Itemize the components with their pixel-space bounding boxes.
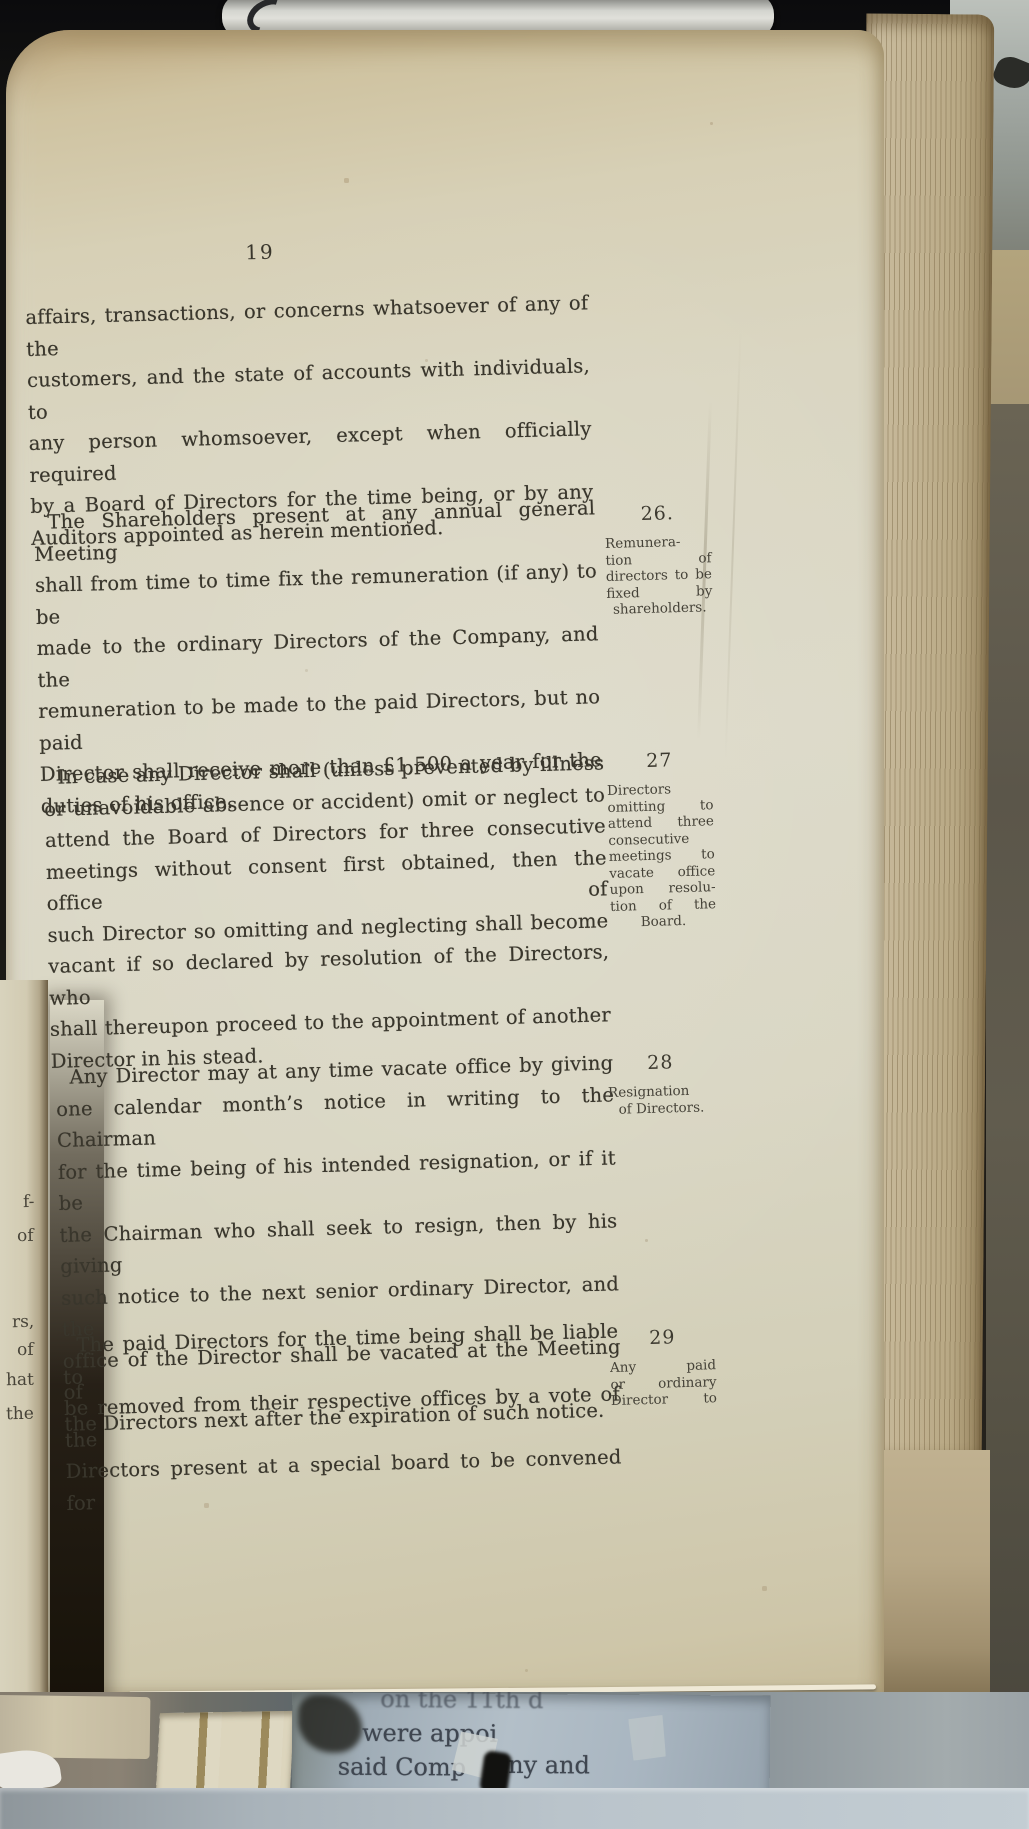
page-number: 19 (228, 239, 293, 265)
section-number-29: 29 (609, 1324, 716, 1351)
section-number-28: 28 (607, 1049, 714, 1076)
newsprint-line: on the 11th d (380, 1692, 543, 1714)
section-number-26: 26. (604, 500, 711, 527)
facing-page-edge: f- of rs, of hat the (0, 980, 48, 1700)
section-number-27: 27 (606, 747, 713, 774)
facing-text-fragment: of (17, 1226, 34, 1246)
facing-text-fragment: rs, (12, 1312, 35, 1332)
sidenote-text: Any paidor ordinaryDirector to (610, 1357, 717, 1409)
sidenote-text: Directorsomitting toattend threeconsecut… (607, 780, 717, 931)
facing-text-fragment: f- (22, 1192, 34, 1212)
right-shadow-edge (986, 404, 1029, 1704)
sidenote-section-29: 29 Any paidor ordinaryDirector to (609, 1324, 717, 1409)
book-photo-scene: N f- of rs, of hat the 19 affairs, trans… (0, 0, 1029, 1829)
facing-text-fragment: hat (6, 1370, 34, 1390)
paragraph-section-29: The paid Directors for the time being sh… (62, 1315, 623, 1518)
sidenote-text: Resignationof Directors. (608, 1082, 715, 1118)
paper-tear (628, 1715, 666, 1761)
paragraph-section-27: In case any Director shall (unless preve… (43, 747, 612, 1077)
stacked-page-edges (156, 1711, 294, 1792)
foxing-specks (6, 30, 7, 31)
ink-stain (479, 1750, 513, 1792)
ink-mark (991, 52, 1029, 93)
below-book-area: on the 11th d were appoi said Comp any a… (0, 1692, 1029, 1792)
newsprint-line: said Comp (338, 1753, 466, 1782)
sidenote-section-28: 28 Resignationof Directors. (607, 1049, 715, 1118)
newsprint-scrap: on the 11th d were appoi said Comp any a… (292, 1692, 771, 1792)
facing-text-fragment: the (6, 1404, 34, 1424)
sidenote-text: Remunera-tion ofdirectors to befixed bys… (605, 533, 713, 618)
sidenote-section-27: 27 Directorsomitting toattend threeconse… (606, 747, 717, 931)
facing-text-fragment: of (17, 1340, 34, 1360)
table-surface (0, 1788, 1029, 1829)
page-crease (724, 330, 741, 760)
sidenote-section-26: 26. Remunera-tion ofdirectors to befixed… (604, 500, 713, 618)
ink-stain (298, 1694, 362, 1752)
